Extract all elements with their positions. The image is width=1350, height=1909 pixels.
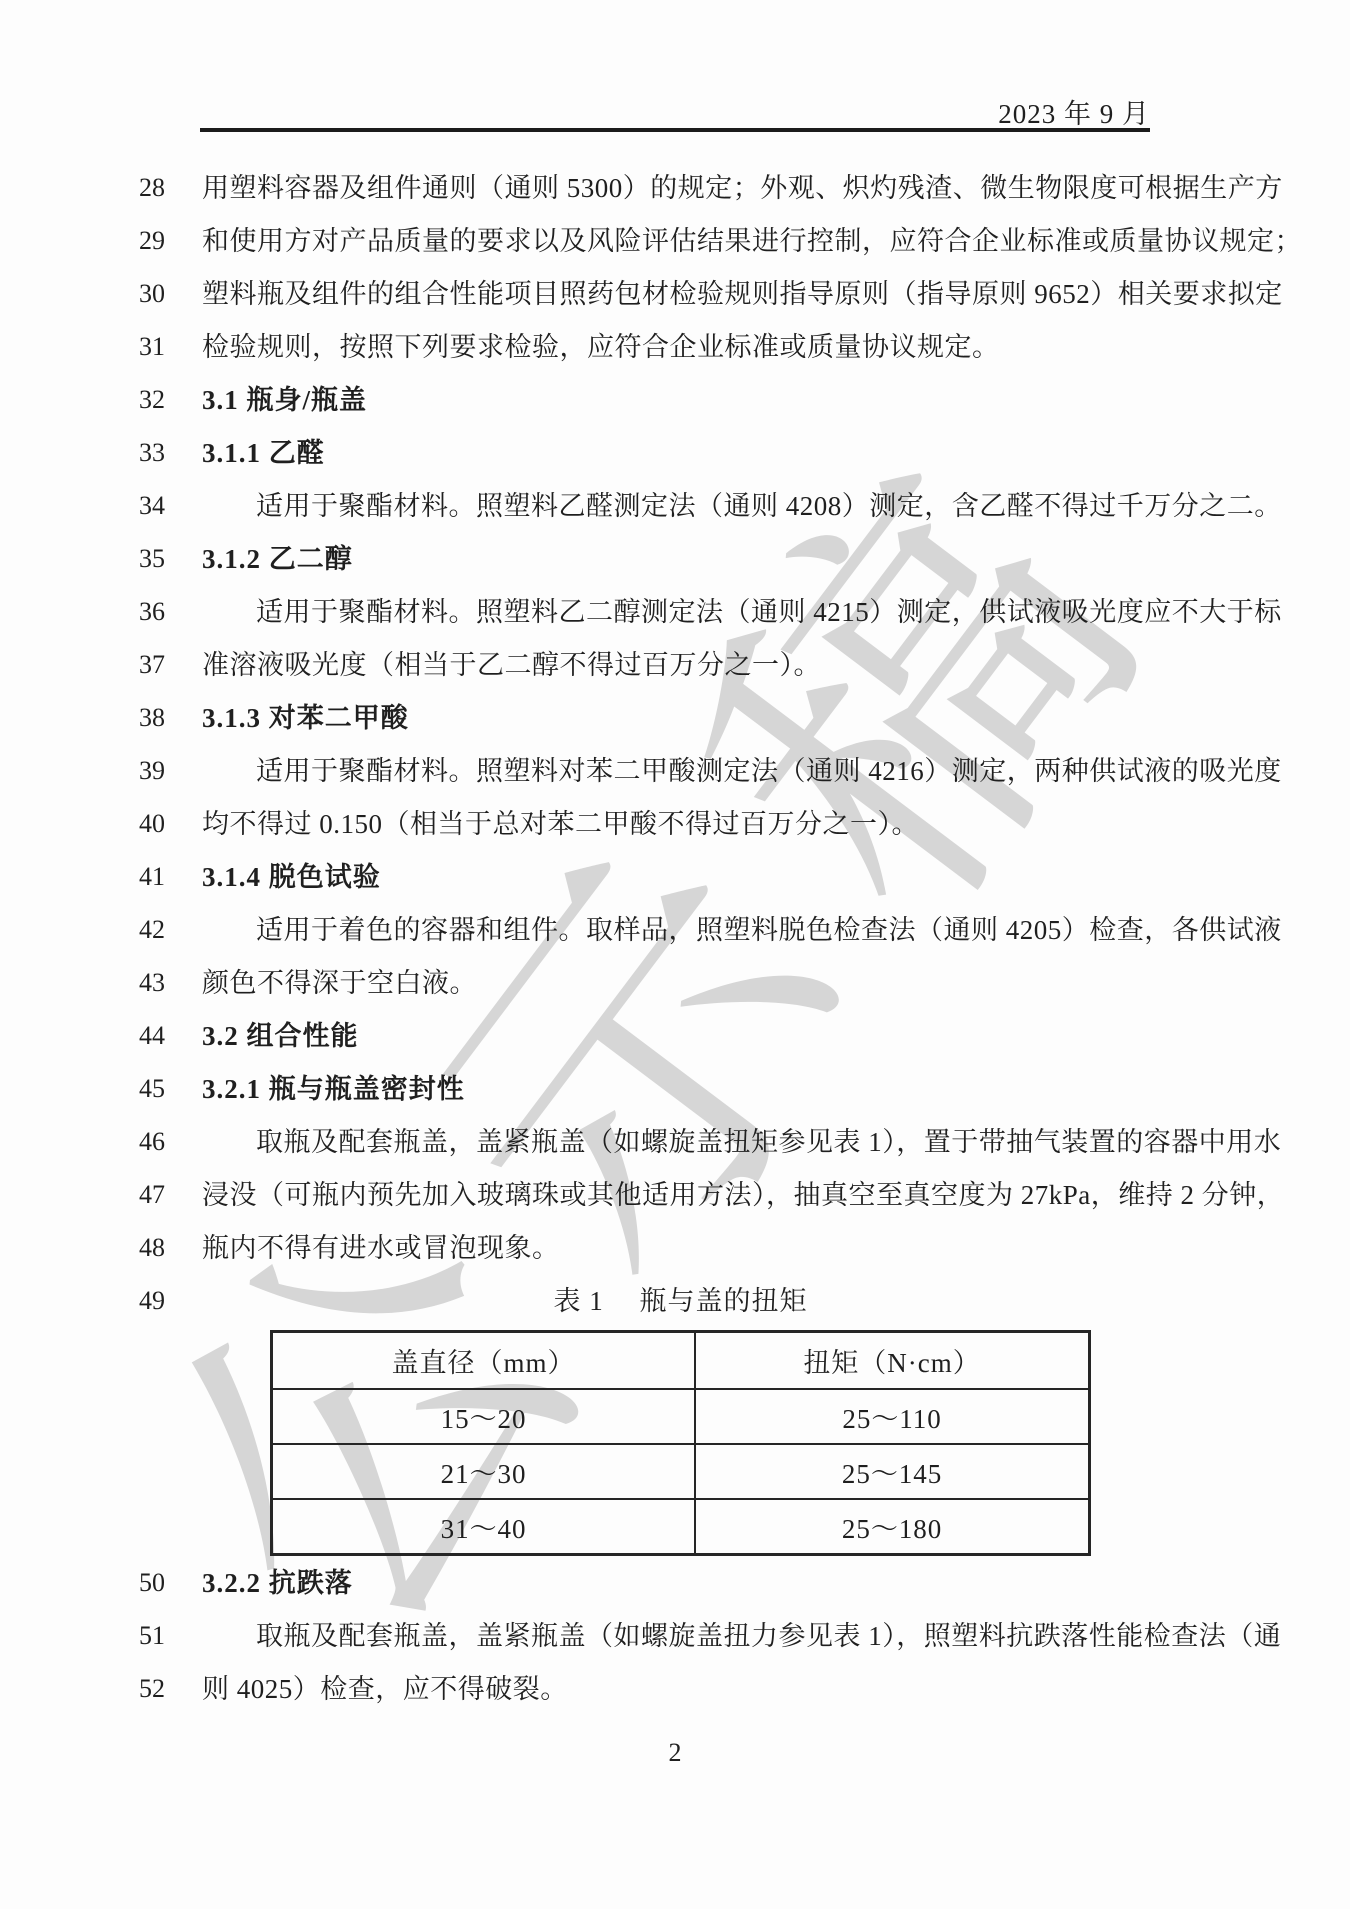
header-date: 2023 年 9 月 (998, 92, 1150, 131)
line-number: 50 (100, 1556, 165, 1610)
document-line: 37 准溶液吸光度（相当于乙二醇不得过百万分之一）。 (0, 638, 1350, 692)
line-text: 准溶液吸光度（相当于乙二醇不得过百万分之一）。 (202, 638, 821, 692)
line-text: 适用于聚酯材料。照塑料对苯二甲酸测定法（通则 4216）测定，两种供试液的吸光度 (256, 744, 1282, 798)
table-caption: 表 1 瓶与盖的扭矩 (270, 1274, 1091, 1328)
line-number: 43 (100, 956, 165, 1010)
table-header-row: 盖直径（mm） 扭矩（N·cm） (272, 1332, 1090, 1390)
table-cell: 15～20 (272, 1389, 696, 1444)
page-number: 2 (0, 1738, 1350, 1768)
line-number: 31 (100, 320, 165, 374)
line-text: 瓶内不得有进水或冒泡现象。 (202, 1221, 560, 1275)
line-text: 浸没（可瓶内预先加入玻璃珠或其他适用方法），抽真空至真空度为 27kPa，维持 … (202, 1168, 1284, 1222)
document-line: 34 适用于聚酯材料。照塑料乙醛测定法（通则 4208）测定，含乙醛不得过千万分… (0, 479, 1350, 533)
table-cell: 25～180 (695, 1499, 1089, 1555)
line-text: 适用于聚酯材料。照塑料乙醛测定法（通则 4208）测定，含乙醛不得过千万分之二。 (256, 479, 1282, 533)
section-heading: 3.1.1 乙醛 (202, 426, 325, 480)
document-line: 42 适用于着色的容器和组件。取样品，照塑料脱色检查法（通则 4205）检查，各… (0, 903, 1350, 957)
section-heading: 3.1.4 脱色试验 (202, 850, 381, 904)
table-cell: 25～145 (695, 1444, 1089, 1499)
line-number: 33 (100, 426, 165, 480)
line-number: 38 (100, 691, 165, 745)
section-heading: 3.2.2 抗跌落 (202, 1556, 353, 1610)
line-number: 28 (100, 161, 165, 215)
document-line: 32 3.1 瓶身/瓶盖 (0, 373, 1350, 427)
line-number: 29 (100, 214, 165, 268)
line-text: 适用于聚酯材料。照塑料乙二醇测定法（通则 4215）测定，供试液吸光度应不大于标 (256, 585, 1282, 639)
header-rule (200, 128, 1150, 132)
document-line: 46 取瓶及配套瓶盖，盖紧瓶盖（如螺旋盖扭矩参见表 1），置于带抽气装置的容器中… (0, 1115, 1350, 1169)
table-row: 15～20 25～110 (272, 1389, 1090, 1444)
document-line: 40 均不得过 0.150（相当于总对苯二甲酸不得过百万分之一）。 (0, 797, 1350, 851)
document-line: 41 3.1.4 脱色试验 (0, 850, 1350, 904)
table-row: 31～40 25～180 (272, 1499, 1090, 1555)
line-number: 36 (100, 585, 165, 639)
document-line: 50 3.2.2 抗跌落 (0, 1556, 1350, 1610)
line-number: 39 (100, 744, 165, 798)
document-line: 33 3.1.1 乙醛 (0, 426, 1350, 480)
document-line: 36 适用于聚酯材料。照塑料乙二醇测定法（通则 4215）测定，供试液吸光度应不… (0, 585, 1350, 639)
document-line: 30 塑料瓶及组件的组合性能项目照药包材检验规则指导原则（指导原则 9652）相… (0, 267, 1350, 321)
table-column-header: 扭矩（N·cm） (695, 1332, 1089, 1390)
line-text: 塑料瓶及组件的组合性能项目照药包材检验规则指导原则（指导原则 9652）相关要求… (202, 267, 1283, 321)
document-line: 31 检验规则，按照下列要求检验，应符合企业标准或质量协议规定。 (0, 320, 1350, 374)
section-heading: 3.1.3 对苯二甲酸 (202, 691, 409, 745)
line-number: 40 (100, 797, 165, 851)
line-number: 32 (100, 373, 165, 427)
line-text: 和使用方对产品质量的要求以及风险评估结果进行控制，应符合企业标准或质量协议规定； (202, 214, 1302, 268)
section-heading: 3.1.2 乙二醇 (202, 532, 353, 586)
table-cell: 25～110 (695, 1389, 1089, 1444)
document-line: 38 3.1.3 对苯二甲酸 (0, 691, 1350, 745)
table-cell: 21～30 (272, 1444, 696, 1499)
line-number: 30 (100, 267, 165, 321)
document-line: 35 3.1.2 乙二醇 (0, 532, 1350, 586)
line-text: 取瓶及配套瓶盖，盖紧瓶盖（如螺旋盖扭矩参见表 1），置于带抽气装置的容器中用水 (256, 1115, 1281, 1169)
document-line: 45 3.2.1 瓶与瓶盖密封性 (0, 1062, 1350, 1116)
document-line: 51 取瓶及配套瓶盖，盖紧瓶盖（如螺旋盖扭力参见表 1），照塑料抗跌落性能检查法… (0, 1609, 1350, 1663)
line-number: 37 (100, 638, 165, 692)
document-line: 43 颜色不得深于空白液。 (0, 956, 1350, 1010)
document-line: 39 适用于聚酯材料。照塑料对苯二甲酸测定法（通则 4216）测定，两种供试液的… (0, 744, 1350, 798)
document-line: 52 则 4025）检查，应不得破裂。 (0, 1662, 1350, 1716)
torque-table: 盖直径（mm） 扭矩（N·cm） 15～20 25～110 21～30 25～1… (270, 1330, 1091, 1556)
document-line: 44 3.2 组合性能 (0, 1009, 1350, 1063)
document-line: 28 用塑料容器及组件通则（通则 5300）的规定；外观、炽灼残渣、微生物限度可… (0, 161, 1350, 215)
document-line: 47 浸没（可瓶内预先加入玻璃珠或其他适用方法），抽真空至真空度为 27kPa，… (0, 1168, 1350, 1222)
document-line: 48 瓶内不得有进水或冒泡现象。 (0, 1221, 1350, 1275)
table-cell: 31～40 (272, 1499, 696, 1555)
line-text: 均不得过 0.150（相当于总对苯二甲酸不得过百万分之一）。 (202, 797, 919, 851)
line-number: 46 (100, 1115, 165, 1169)
page-content: 2023 年 9 月 28 用塑料容器及组件通则（通则 5300）的规定；外观、… (0, 0, 1350, 1909)
document-line: 49 表 1 瓶与盖的扭矩 (0, 1274, 1350, 1328)
document-page: 公示稿 2023 年 9 月 28 用塑料容器及组件通则（通则 5300）的规定… (0, 0, 1350, 1909)
line-number: 47 (100, 1168, 165, 1222)
line-number: 35 (100, 532, 165, 586)
line-text: 颜色不得深于空白液。 (202, 956, 477, 1010)
line-number: 44 (100, 1009, 165, 1063)
line-number: 49 (100, 1274, 165, 1328)
line-number: 48 (100, 1221, 165, 1275)
document-line: 29 和使用方对产品质量的要求以及风险评估结果进行控制，应符合企业标准或质量协议… (0, 214, 1350, 268)
line-text: 则 4025）检查，应不得破裂。 (202, 1662, 568, 1716)
line-text: 用塑料容器及组件通则（通则 5300）的规定；外观、炽灼残渣、微生物限度可根据生… (202, 161, 1283, 215)
line-number: 52 (100, 1662, 165, 1716)
line-number: 51 (100, 1609, 165, 1663)
line-number: 42 (100, 903, 165, 957)
line-text: 适用于着色的容器和组件。取样品，照塑料脱色检查法（通则 4205）检查，各供试液 (256, 903, 1282, 957)
section-heading: 3.2 组合性能 (202, 1009, 359, 1063)
section-heading: 3.2.1 瓶与瓶盖密封性 (202, 1062, 465, 1116)
table-column-header: 盖直径（mm） (272, 1332, 696, 1390)
line-number: 41 (100, 850, 165, 904)
table-row: 21～30 25～145 (272, 1444, 1090, 1499)
line-text: 取瓶及配套瓶盖，盖紧瓶盖（如螺旋盖扭力参见表 1），照塑料抗跌落性能检查法（通 (256, 1609, 1281, 1663)
line-number: 34 (100, 479, 165, 533)
section-heading: 3.1 瓶身/瓶盖 (202, 373, 367, 427)
line-text: 检验规则，按照下列要求检验，应符合企业标准或质量协议规定。 (202, 320, 1000, 374)
line-number: 45 (100, 1062, 165, 1116)
